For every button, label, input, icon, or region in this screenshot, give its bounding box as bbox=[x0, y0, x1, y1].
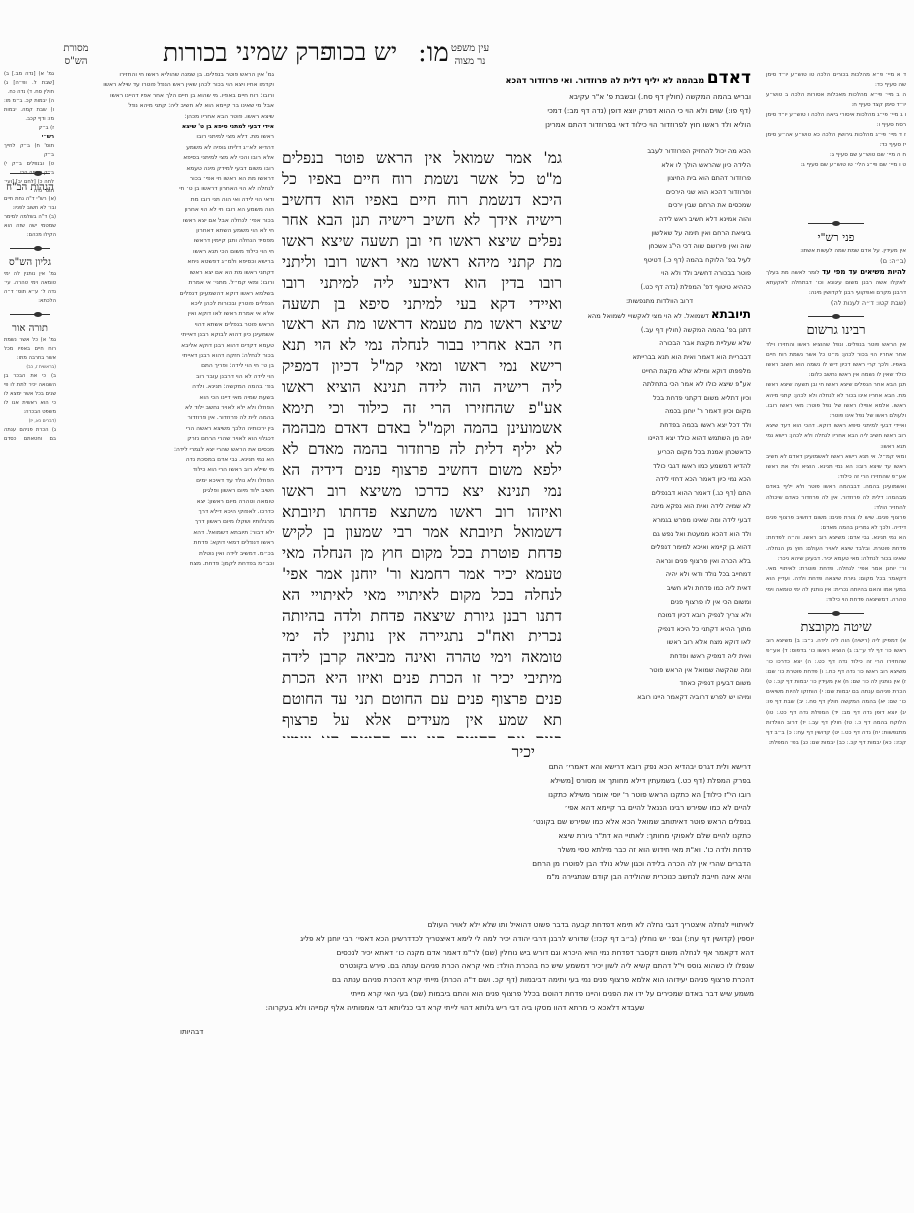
hagahot-note: (א) רש"י ד"ה נחת חיים ובו׳ לא חשוב לפניו… bbox=[4, 195, 56, 213]
hagahot-habach-title: הגהות הב"ח bbox=[4, 183, 56, 192]
gemara-line: גמ' אמר שמואל אין הראש פוטר בנפלים bbox=[282, 148, 562, 169]
gemara-line: ואיידי דקא בעי למיתני סיפא בן תשעה bbox=[282, 294, 562, 315]
ein-mishpat-entry: ה ב מיי׳ פי״א מהלכות מאכלות אסורות הלכה … bbox=[766, 90, 906, 110]
gemara-line: תא שמע אין מעידים אלא על פרצוף bbox=[282, 710, 562, 731]
right-margin-sections: פני רש"י אין מעידין. על אדם שמת שמה לעשו… bbox=[766, 215, 906, 1205]
left-margin-sections: הגהות הב"ח (א) רש"י ד"ה נחת חיים ובו׳ לא… bbox=[4, 165, 56, 445]
gemara-line: חי הבא אחריו בבור לנחלה נמי לא הוי תנא bbox=[282, 335, 562, 356]
ornament-divider bbox=[808, 611, 864, 617]
ein-mishpat: ד א מיי׳ פ״א מהלכות בכורים הלכה טו טוש״ע… bbox=[766, 70, 906, 210]
gilyon-note: גמ' אין נותנין לה ימי טומאה וימי טהרה. ע… bbox=[4, 270, 56, 306]
gemara-line: לא יליף דלית לה פרוזדור בהמה מאדם לא bbox=[282, 439, 562, 460]
gemara-line: שיצא ראשו מת טעמא דראשו מת הא ראשו bbox=[282, 314, 562, 335]
gilyon-hashas-title: גליון הש"ס bbox=[4, 258, 56, 267]
gemara-line: פדחת פוטרת בכל מקום חוץ מן הנחלה מאי bbox=[282, 543, 562, 564]
torah-or-verse: גמ' א) כל אשר נשמת רוח חיים באפיו מכל אש… bbox=[4, 336, 56, 363]
pnei-rashi-title: פני רש"י bbox=[766, 233, 906, 243]
gemara-line: מ"ט כל אשר נשמת רוח חיים באפיו כל bbox=[282, 169, 562, 190]
tosafot-column: הכא מה יכול להחזיק הפרוזדור לעבב הלידה כ… bbox=[568, 145, 751, 750]
tosafot-dibbur-hamatchil: דאדם bbox=[707, 68, 751, 88]
gemara-line: פנים פרצוף פנים עם החוטם תני עד החוטם bbox=[282, 689, 562, 710]
gemara-line: נמי תנינא יצא כדרכו משיצא רוב ראשו bbox=[282, 481, 562, 502]
torah-or-verse: ג) הכרת פניהם ענתה בם וחטאתם כסדם הגידו … bbox=[4, 426, 56, 445]
gemara-text: גמ' אמר שמואל אין הראש פוטר בנפלים מ"ט כ… bbox=[282, 148, 562, 738]
gemara-line: היכא דנשמת רוח חיים באפיו הוא דחשיב bbox=[282, 190, 562, 211]
gemara-line: פנים עם החוטם תני עד החוטם תא שמע bbox=[282, 730, 562, 738]
ornament-divider bbox=[10, 171, 50, 177]
chapter-name: יש בכור bbox=[325, 38, 397, 67]
ornament-divider bbox=[10, 312, 50, 318]
tosafot-bottom-full: לאיתוויי לנחלה איצטריך דגבי נחלה לא תימא… bbox=[156, 918, 754, 1018]
rashi-lower bbox=[156, 760, 446, 930]
torah-or-title: תורה אור bbox=[4, 324, 56, 333]
catchword: דבהיותו bbox=[180, 1025, 203, 1039]
gemara-line: מיתיבי יכיר זו הכרת פנים ואיזו היא הכרת bbox=[282, 668, 562, 689]
gemara-line: טומאה וימי טהרה ואינה מביאה קרבן לידה bbox=[282, 647, 562, 668]
gemara-line: רובו בדין הוא דאיבעי ליה למיתני רובו bbox=[282, 273, 562, 294]
ein-mishpat-label: עין משפט נר מצוה bbox=[440, 42, 500, 68]
hagahot-note: (ב) ד"ה בשלמה למימר שמטמי ישה שזה הוא הק… bbox=[4, 213, 56, 240]
masoret-hashas-label: מסורת הש"ס bbox=[46, 42, 106, 68]
tosafot-opening: דאדם מבהמה לא יליף דלית לה פרוזדור. ואי … bbox=[453, 71, 751, 88]
tosafot-column-wide: ובריש בהמה המקשה (חולין דף סח.) ובשבת פ'… bbox=[453, 90, 751, 142]
gemara-line: טעמא יכיר אמר רחמנא ור' יוחנן אמר אפי' bbox=[282, 564, 562, 585]
gemara-line: לנחלה בכל מקום לאיתויי מאי לאיתויי הא bbox=[282, 585, 562, 606]
gemara-line: ילפא משום דחשיב פרצוף פנים דידיה הא bbox=[282, 460, 562, 481]
rashi-column-narrow: אידי דבעי למתני סיפא בן ט' שיצא ראשו מת.… bbox=[150, 122, 274, 762]
ein-mishpat-entry: ו ג מיי׳ פי״ג מהלכות איסורי ביאה הלכה ו … bbox=[766, 110, 906, 130]
gemara-line: מת קתני מיהא ראשו מאי ראשו רובו וליתני bbox=[282, 252, 562, 273]
tosafot-lower: דרישא ולית דגרס יבהדיא הכא נפק רובא דריש… bbox=[453, 760, 751, 930]
ein-mishpat-entry: ח ה מיי׳ שם טוש״ע שם סעיף ג: bbox=[766, 150, 906, 160]
gemara-line: דשמואל תיובתא אמר רבי שמעון בן לקיש bbox=[282, 522, 562, 543]
rabbeinu-gershom-title: רבינו גרשום bbox=[766, 326, 906, 336]
tosafot-dibbur-hamatchil: תיובתא bbox=[711, 307, 751, 321]
chapter-title: פרק שמיני bbox=[236, 38, 332, 67]
gemara-line: ליה רישיה הוה לידה תנינא הוציא ראשו bbox=[282, 377, 562, 398]
tractate-title: בכורות bbox=[163, 38, 228, 68]
gemara-line: נכרית ואח"כ נתגיירה אין נותנין לה ימי bbox=[282, 626, 562, 647]
torah-or-verse: ב) כי את הבכר בן השנואה יכיר לתת לו פי ש… bbox=[4, 372, 56, 417]
ein-mishpat-entry: ד א מיי׳ פ״א מהלכות בכורים הלכה טו טוש״ע… bbox=[766, 70, 906, 90]
gemara-line: רישא נמי ראשו ומאי קמ"ל דכיון דמפיק bbox=[282, 356, 562, 377]
ein-mishpat-entry: ז ד מיי׳ פי״ג מהלכות גירושין הלכה כא טוש… bbox=[766, 130, 906, 150]
ein-mishpat-entry: ט ו מיי׳ שם פי״ג הלי׳ טו טוש״ע שם סעיף ג… bbox=[766, 160, 906, 170]
shita-mekubetzet-title: שיטה מקובצת bbox=[766, 623, 906, 633]
ornament-divider bbox=[10, 246, 50, 252]
gemara-line: דתנו רבנן גיורת שיצאה פדחת ולדה בהיותה bbox=[282, 606, 562, 627]
gemara-line: רישיה אידך לא חשיב רישיה תנן הבא אחר bbox=[282, 210, 562, 231]
gemara-line: אשמועינן בהמה וקמ"ל באדם דאדם מבהמה bbox=[282, 418, 562, 439]
gemara-line: ואיזהו רוב ראשו משתצא פדחתו תיובתא bbox=[282, 502, 562, 523]
ornament-divider bbox=[808, 314, 864, 320]
gemara-line: נפלים שיצא ראשו חי ובן תשעה שיצא ראשו bbox=[282, 231, 562, 252]
gemara-line: אע"פ שהחזירו הרי זה כילוד וכי תימא bbox=[282, 398, 562, 419]
ornament-divider bbox=[808, 221, 864, 227]
